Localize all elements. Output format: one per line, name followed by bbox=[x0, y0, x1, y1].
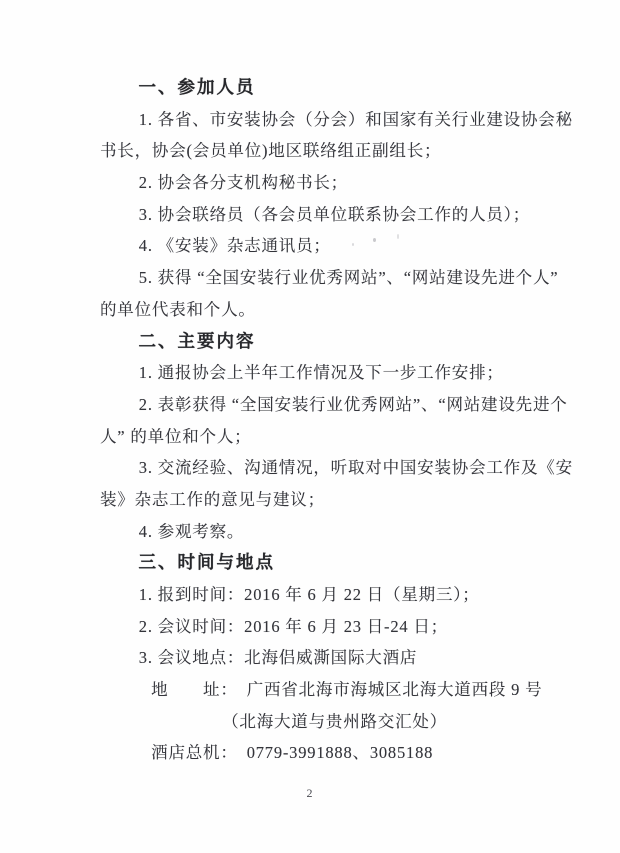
venue-address-note-line: （北海大道与贵州路交汇处） bbox=[100, 706, 550, 738]
venue-address-line: 地 址： 广西省北海市海城区北海大道西段 9 号 bbox=[100, 674, 550, 706]
page-number: 2 bbox=[0, 786, 620, 801]
section-2-heading: 二、主要内容 bbox=[100, 326, 550, 358]
section-1-item-5-line-1: 5. 获得 “全国安装行业优秀网站”、“网站建设先进个人” bbox=[100, 262, 550, 294]
section-2-item-4: 4. 参观考察。 bbox=[100, 516, 550, 548]
section-3-item-1-checkin-time: 1. 报到时间：2016 年 6 月 22 日（星期三）； bbox=[100, 579, 550, 611]
section-2-item-2-line-1: 2. 表彰获得 “全国安装行业优秀网站”、“网站建设先进个 bbox=[100, 389, 550, 421]
section-1-item-5-line-2: 的单位代表和个人。 bbox=[100, 294, 550, 326]
scan-artifact bbox=[373, 238, 376, 242]
section-1-item-1-line-2: 书长，协会(会员单位)地区联络组正副组长； bbox=[100, 135, 550, 167]
section-3-heading: 三、时间与地点 bbox=[100, 547, 550, 579]
hotel-phone-line: 酒店总机： 0779-3991888、3085188 bbox=[100, 737, 550, 769]
section-2-item-3-line-2: 装》杂志工作的意见与建议； bbox=[100, 484, 550, 516]
section-1-item-3: 3. 协会联络员（各会员单位联系协会工作的人员）； bbox=[100, 199, 550, 231]
section-2-item-1: 1. 通报协会上半年工作情况及下一步工作安排； bbox=[100, 357, 550, 389]
section-1-item-2: 2. 协会各分支机构秘书长； bbox=[100, 167, 550, 199]
section-3-item-2-meeting-time: 2. 会议时间：2016 年 6 月 23 日-24 日； bbox=[100, 611, 550, 643]
section-2-item-3-line-1: 3. 交流经验、沟通情况，听取对中国安装协会工作及《安 bbox=[100, 452, 550, 484]
section-1-item-4: 4. 《安装》杂志通讯员； bbox=[100, 230, 550, 262]
scan-artifact bbox=[397, 234, 399, 239]
section-1-heading: 一、参加人员 bbox=[100, 72, 550, 104]
section-3-item-3-venue: 3. 会议地点：北海侣威澌国际大酒店 bbox=[100, 642, 550, 674]
scan-artifact bbox=[352, 243, 354, 246]
section-2-item-2-line-2: 人” 的单位和个人； bbox=[100, 421, 550, 453]
document-text-block: 一、参加人员 1. 各省、市安装协会（分会）和国家有关行业建设协会秘 书长，协会… bbox=[100, 72, 550, 769]
section-1-item-1-line-1: 1. 各省、市安装协会（分会）和国家有关行业建设协会秘 bbox=[100, 104, 550, 136]
scanned-document-page: 一、参加人员 1. 各省、市安装协会（分会）和国家有关行业建设协会秘 书长，协会… bbox=[0, 0, 620, 853]
